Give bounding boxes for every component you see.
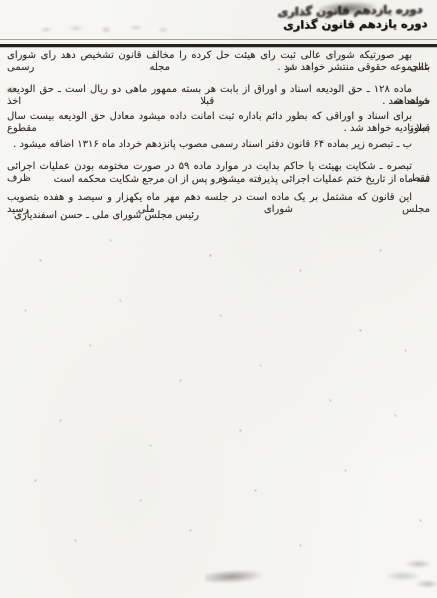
margin-pencil-mark xyxy=(5,86,19,94)
header-rule-thin xyxy=(0,39,437,40)
scan-noise-speckles xyxy=(0,0,1,1)
body-line: بامجموعه حقوقی منتشر خواهد شد . xyxy=(7,62,430,74)
body-line: خواهد شد . xyxy=(7,96,430,108)
scanned-document-page: دوره یازدهم قانون گذاری دوره یازدهم قانو… xyxy=(0,0,437,598)
header-rule-thick xyxy=(0,44,437,47)
body-line: سه ماه از تاریخ ختم عملیات اجرائی پذیرفت… xyxy=(7,174,430,186)
bottom-right-smudge xyxy=(375,552,437,592)
legislative-period-stamp: دوره یازدهم قانون گذاری xyxy=(283,16,427,32)
body-line-clause-b: ب ـ تبصره زیر بماده ۶۴ قانون دفتر اسناد … xyxy=(7,139,430,151)
signature-line: رئیس مجلس شورای ملی ـ حسن اسفندیاری xyxy=(14,210,199,222)
body-line: قبلا تأدیه خواهد شد . xyxy=(7,123,430,135)
handwritten-note-faint xyxy=(28,22,178,36)
ink-blot xyxy=(319,1,377,16)
bottom-center-smudge xyxy=(205,568,264,584)
